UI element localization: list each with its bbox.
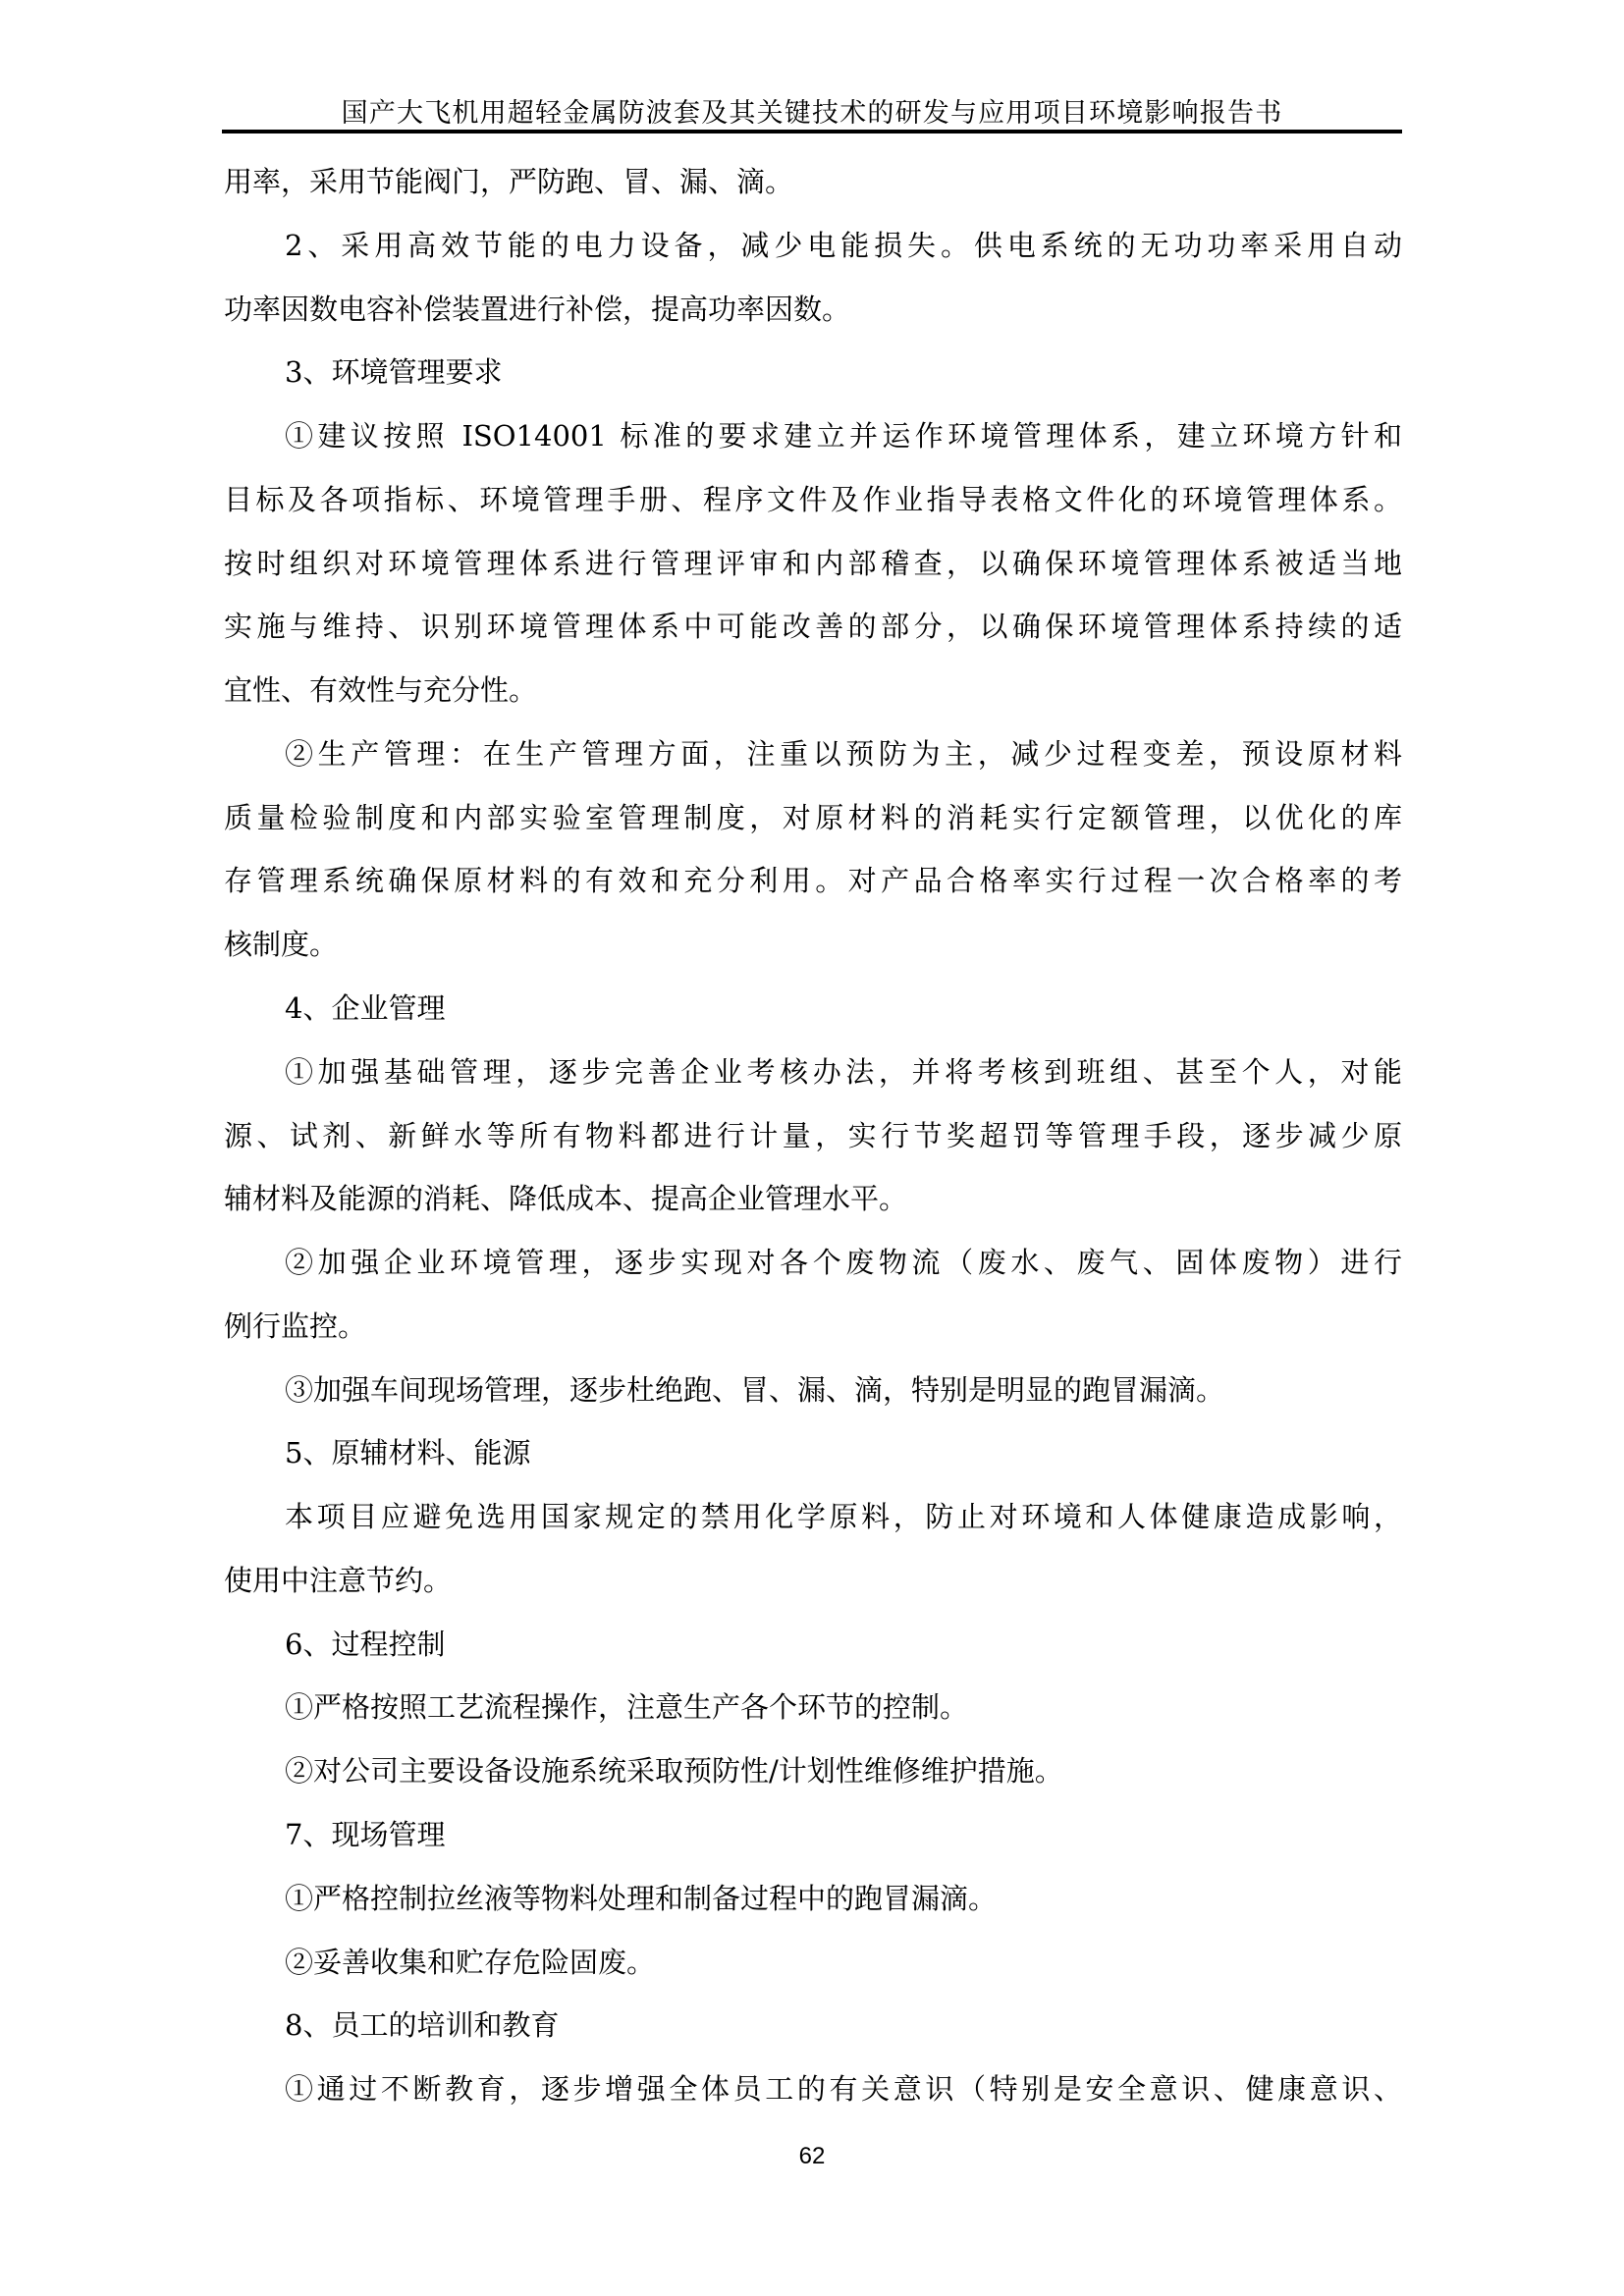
body-line: 存管理系统确保原材料的有效和充分利用。对产品合格率实行过程一次合格率的考 xyxy=(224,849,1402,912)
body-line: ①严格控制拉丝液等物料处理和制备过程中的跑冒漏滴。 xyxy=(285,1867,997,1930)
body-line: 核制度。 xyxy=(224,913,338,976)
body-line: ②加强企业环境管理，逐步实现对各个废物流（废水、废气、固体废物）进行 xyxy=(285,1231,1402,1294)
body-line: 目标及各项指标、环境管理手册、程序文件及作业指导表格文件化的环境管理体系。 xyxy=(224,468,1402,531)
running-header-title: 国产大飞机用超轻金属防波套及其关键技术的研发与应用项目环境影响报告书 xyxy=(222,98,1402,130)
body-line: 功率因数电容补偿装置进行补偿，提高功率因数。 xyxy=(224,278,850,341)
body-line: 例行监控。 xyxy=(224,1295,366,1358)
body-line: ③加强车间现场管理，逐步杜绝跑、冒、漏、滴，特别是明显的跑冒漏滴。 xyxy=(285,1359,1224,1421)
body-line: 源、试剂、新鲜水等所有物料都进行计量，实行节奖超罚等管理手段，逐步减少原 xyxy=(224,1104,1402,1167)
page-number: 62 xyxy=(763,2142,861,2171)
body-line: 用率，采用节能阀门，严防跑、冒、漏、滴。 xyxy=(224,150,793,213)
body-line: 按时组织对环境管理体系进行管理评审和内部稽查，以确保环境管理体系被适当地 xyxy=(224,532,1402,595)
document-page: 国产大飞机用超轻金属防波套及其关键技术的研发与应用项目环境影响报告书 用率，采用… xyxy=(0,0,1624,2296)
body-line: ①建议按照 ISO14001 标准的要求建立并运作环境管理体系，建立环境方针和 xyxy=(285,404,1402,467)
body-line: ②妥善收集和贮存危险固废。 xyxy=(285,1931,655,1994)
body-line: 4、企业管理 xyxy=(285,977,445,1040)
body-line: 7、现场管理 xyxy=(285,1803,445,1866)
body-line: 6、过程控制 xyxy=(285,1613,445,1676)
body-line: ①严格按照工艺流程操作，注意生产各个环节的控制。 xyxy=(285,1676,968,1738)
body-line: 实施与维持、识别环境管理体系中可能改善的部分，以确保环境管理体系持续的适 xyxy=(224,595,1402,658)
body-line: 辅材料及能源的消耗、降低成本、提高企业管理水平。 xyxy=(224,1167,907,1230)
body-line: 质量检验制度和内部实验室管理制度，对原材料的消耗实行定额管理，以优化的库 xyxy=(224,786,1402,849)
body-line: 宜性、有效性与充分性。 xyxy=(224,659,537,721)
body-line: ②生产管理：在生产管理方面，注重以预防为主，减少过程变差，预设原材料 xyxy=(285,722,1402,785)
body-line: ①加强基础管理，逐步完善企业考核办法，并将考核到班组、甚至个人，对能 xyxy=(285,1041,1402,1103)
header-rule-divider xyxy=(222,130,1402,133)
body-line: ②对公司主要设备设施系统采取预防性/计划性维修维护措施。 xyxy=(285,1739,1063,1802)
body-line: 3、环境管理要求 xyxy=(285,341,502,403)
body-line: 8、员工的培训和教育 xyxy=(285,1994,559,2056)
body-line: 本项目应避免选用国家规定的禁用化学原料，防止对环境和人体健康造成影响， xyxy=(285,1485,1402,1548)
body-line: 2、采用高效节能的电力设备，减少电能损失。供电系统的无功功率采用自动 xyxy=(285,214,1402,277)
body-line: 5、原辅材料、能源 xyxy=(285,1421,530,1484)
body-line: ①通过不断教育，逐步增强全体员工的有关意识（特别是安全意识、健康意识、 xyxy=(285,2057,1402,2120)
body-line: 使用中注意节约。 xyxy=(224,1549,452,1612)
